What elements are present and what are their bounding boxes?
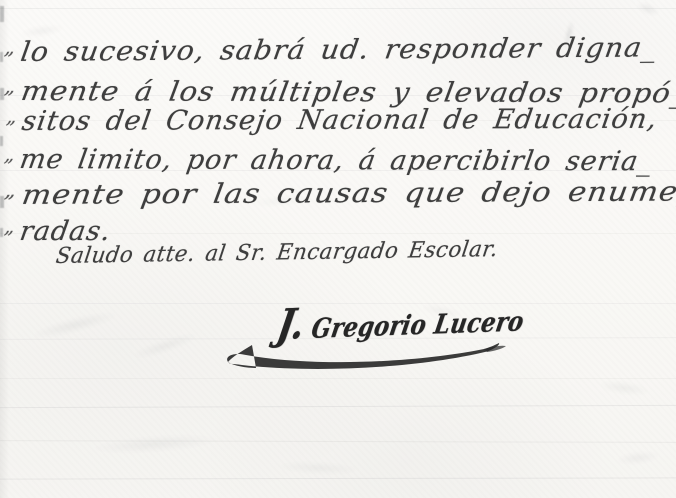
signature-block: J. Gregorio Lucero bbox=[222, 296, 522, 380]
line-continuation-mark: „ bbox=[3, 179, 19, 202]
line-continuation-mark: „ bbox=[3, 143, 18, 166]
closing-text: Saludo atte. al Sr. Encargado Escolar. bbox=[54, 237, 500, 269]
scanned-letter-page: „lo sucesivo, sabrá ud. responder digna_… bbox=[0, 0, 676, 498]
paper-smudge bbox=[30, 307, 121, 342]
line-continuation-mark: „ bbox=[3, 215, 18, 238]
signature-name: J. Gregorio Lucero bbox=[274, 291, 529, 349]
handwritten-line: „sitos del Consejo Nacional de Educación… bbox=[4, 104, 660, 137]
handwritten-text: lo sucesivo, sabrá ud. responder digna_ bbox=[19, 32, 660, 67]
line-continuation-mark: „ bbox=[5, 105, 20, 128]
paper-smudge bbox=[276, 460, 361, 476]
scan-edge-artifact bbox=[0, 6, 4, 22]
ruled-line bbox=[0, 477, 676, 479]
line-continuation-mark: „ bbox=[3, 36, 18, 59]
signature-flourish-icon bbox=[222, 343, 514, 373]
handwritten-line: „mente por las causas que dejo enume_ bbox=[2, 176, 676, 211]
paper-smudge bbox=[635, 0, 661, 18]
scan-edge-artifact bbox=[0, 136, 3, 146]
paper-smudge bbox=[130, 329, 200, 362]
handwritten-text: mente por las causas que dejo enume_ bbox=[20, 176, 676, 211]
handwritten-text: me limito, por ahora, á apercibirlo seri… bbox=[18, 144, 656, 177]
line-continuation-mark: „ bbox=[3, 75, 19, 98]
handwritten-line: „radas. bbox=[2, 216, 114, 247]
paper-smudge bbox=[597, 378, 650, 397]
paper-smudge bbox=[90, 431, 221, 456]
paper-smudge bbox=[615, 450, 660, 467]
closing-line: Saludo atte. al Sr. Encargado Escolar. bbox=[54, 237, 500, 269]
handwritten-line: „lo sucesivo, sabrá ud. responder digna_ bbox=[2, 32, 660, 68]
handwritten-text: sitos del Consejo Nacional de Educación, bbox=[20, 104, 660, 137]
ruled-line bbox=[0, 8, 676, 9]
ruled-line bbox=[0, 405, 676, 408]
handwritten-line: „me limito, por ahora, á apercibirlo ser… bbox=[1, 144, 655, 177]
